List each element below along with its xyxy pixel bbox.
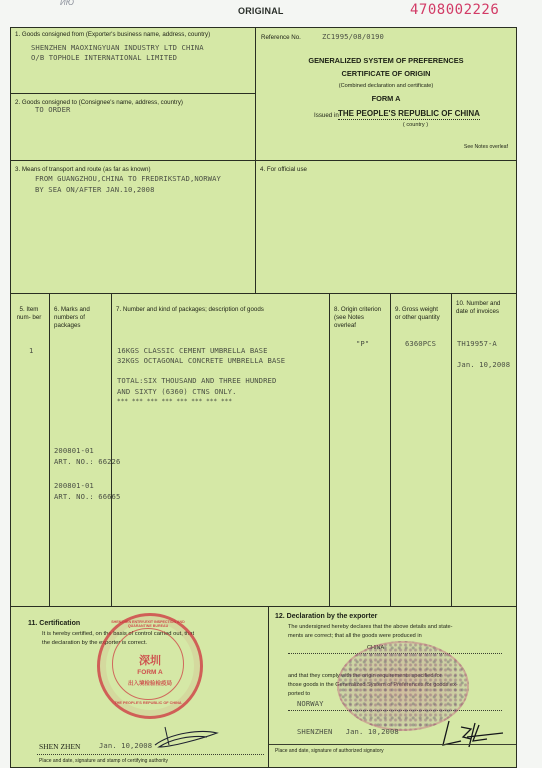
- col-marks: 6. Marks and numbers of packages 200801-…: [49, 294, 111, 606]
- top-mark: ИЮ: [60, 0, 74, 7]
- heading-certificate: CERTIFICATE OF ORIGIN: [256, 69, 516, 78]
- certifier-signature: [151, 725, 221, 751]
- header-origin: 8. Origin criterion (see Notes overleaf: [334, 306, 382, 330]
- total-line-2: AND SIXTY (6360) CTNS ONLY.: [117, 387, 237, 397]
- country-caption: ( country ): [338, 122, 493, 128]
- declaration-caption: Place and date, signature of authorized …: [275, 748, 384, 754]
- header-weight: 9. Gross weight or other quantity: [395, 306, 441, 322]
- col-item-number: 5. Item num- ber 1: [11, 294, 49, 606]
- item-number: 1: [29, 346, 33, 356]
- desc-line-2: 32KGS OCTAGONAL CONCRETE UMBRELLA BASE: [117, 356, 285, 366]
- certification-divider: [37, 754, 264, 755]
- stars-line: *** *** *** *** *** *** *** ***: [117, 397, 232, 407]
- box-12-declaration: 12. Declaration by the exporter The unde…: [268, 606, 516, 768]
- invoice-number: TH19957-A: [457, 339, 497, 349]
- box-11-certification: 11. Certification It is hereby certified…: [11, 606, 268, 768]
- stamp-form: FORM A: [100, 669, 200, 676]
- header-description: 7. Number and kind of packages; descript…: [116, 306, 264, 314]
- marks-code-2: 200801-01: [54, 481, 94, 491]
- stamp-city: 深圳: [100, 652, 200, 668]
- desc-line-1: 16KGS CLASSIC CEMENT UMBRELLA BASE: [117, 346, 268, 356]
- certification-caption: Place and date, signature and stamp of c…: [39, 758, 168, 764]
- heading-gsp: GENERALIZED SYSTEM OF PREFERENCES: [256, 56, 516, 65]
- declaration-text-2: ments are correct; that all the goods we…: [288, 632, 422, 640]
- gross-weight: 6360PCS: [405, 339, 436, 349]
- col-invoice: 10. Number and date of invoices TH19957-…: [451, 294, 516, 606]
- declaration-text-1: The undersigned hereby declares that the…: [288, 623, 453, 631]
- box-4-official-use: 4. For official use: [255, 160, 516, 293]
- box-1-label: 1. Goods consigned from (Exporter's busi…: [15, 31, 215, 39]
- certification-date: Jan. 10,2008: [99, 741, 152, 751]
- issued-in-label: Issued in: [314, 112, 339, 120]
- declaration-divider: [269, 744, 516, 745]
- goods-table: 5. Item num- ber 1 6. Marks and numbers …: [11, 293, 516, 606]
- certification-title: 11. Certification: [28, 620, 80, 627]
- box-2-consignee: 2. Goods consigned to (Consignee's name,…: [11, 93, 255, 160]
- stamp-bottom-cn: 出入境检验检疫局: [100, 679, 200, 687]
- transport-line-1: FROM GUANGZHOU,CHINA TO FREDRIKSTAD,NORW…: [35, 174, 221, 184]
- marks-code-1: 200801-01: [54, 446, 94, 456]
- certificate-header: Reference No. ZC1995/08/0190 GENERALIZED…: [255, 28, 516, 160]
- stamp-bottom-en: THE PEOPLE'S REPUBLIC OF CHINA: [108, 701, 188, 705]
- certificate-form: 1. Goods consigned from (Exporter's busi…: [10, 27, 517, 768]
- box-4-label: 4. For official use: [260, 166, 307, 174]
- reference-number: ZC1995/08/0190: [322, 32, 384, 42]
- heading-form-a: FORM A: [256, 94, 516, 103]
- notes-overleaf: See Notes overleaf: [464, 144, 508, 150]
- col-origin: 8. Origin criterion (see Notes overleaf …: [329, 294, 390, 606]
- reference-label: Reference No.: [261, 34, 301, 42]
- issued-country: THE PEOPLE'S REPUBLIC OF CHINA: [338, 109, 480, 120]
- box-3-label: 3. Means of transport and route (as far …: [15, 166, 151, 174]
- heading-combined: (Combined declaration and certificate): [256, 83, 516, 89]
- exporter-line-2: O/B TOPHOLE INTERNATIONAL LIMITED: [31, 53, 177, 63]
- exporter-signature: [441, 715, 505, 751]
- declaration-text-5: ported to: [288, 690, 310, 698]
- header-item: 5. Item num- ber: [13, 306, 45, 322]
- consignee-value: TO ORDER: [35, 105, 70, 115]
- origin-criterion: "P": [356, 339, 369, 349]
- exporter-line-1: SHENZHEN MAOXINGYUAN INDUSTRY LTD CHINA: [31, 43, 204, 53]
- original-label: ORIGINAL: [238, 6, 284, 16]
- total-line-1: TOTAL:SIX THOUSAND AND THREE HUNDRED: [117, 376, 276, 386]
- box-3-transport: 3. Means of transport and route (as far …: [11, 160, 255, 293]
- certification-place: SHEN ZHEN: [39, 742, 80, 751]
- stamp-ring-text: SHENZHEN ENTRY-EXIT INSPECTION AND QUARA…: [102, 620, 194, 628]
- destination-country: NORWAY: [297, 699, 324, 709]
- invoice-date: Jan. 10,2008: [457, 360, 510, 370]
- declaration-title: 12. Declaration by the exporter: [275, 613, 377, 620]
- certifying-stamp: 深圳 FORM A 出入境检验检疫局 SHENZHEN ENTRY-EXIT I…: [97, 613, 203, 719]
- transport-line-2: BY SEA ON/AFTER JAN.10,2008: [35, 185, 155, 195]
- declaration-place-date: SHENZHEN Jan. 10,2008: [297, 727, 399, 737]
- box-1-exporter: 1. Goods consigned from (Exporter's busi…: [11, 28, 255, 93]
- col-description: 7. Number and kind of packages; descript…: [111, 294, 329, 606]
- col-weight: 9. Gross weight or other quantity 6360PC…: [390, 294, 451, 606]
- serial-number: 4708002226: [410, 2, 499, 18]
- header-marks: 6. Marks and numbers of packages: [54, 306, 104, 330]
- header-invoice: 10. Number and date of invoices: [456, 300, 508, 316]
